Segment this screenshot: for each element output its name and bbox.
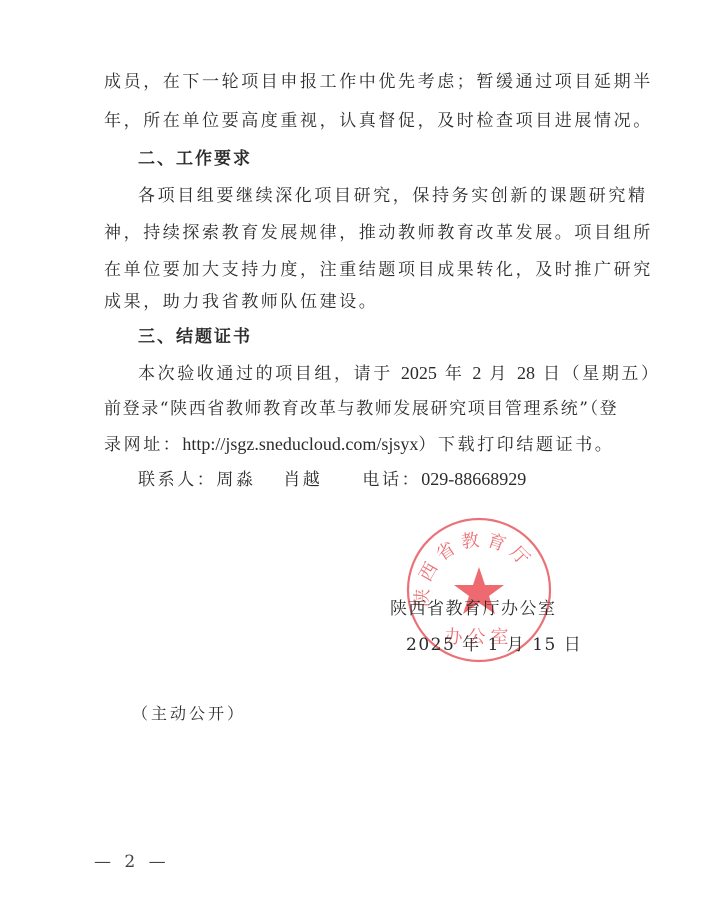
paragraph-3-line-3: 录网址：http://jsgz.sneducloud.com/sjsyx）下载打… (104, 433, 624, 456)
deadline-day: 28 (517, 363, 535, 383)
section-heading-work-requirements: 二、工作要求 (138, 148, 624, 170)
paragraph-2-line-1: 各项目组要继续深化项目研究，保持务实创新的课题研究精 (138, 185, 624, 207)
text: 日（星期五） (535, 364, 661, 384)
text: 月 (481, 364, 517, 384)
paragraph-2-line-4: 成果，助力我省教师队伍建设。 (104, 291, 624, 313)
paragraph-2-line-3: 在单位要加大支持力度，注重结题项目成果转化，及时推广研究 (104, 259, 624, 281)
paragraph-3-line-1: 本次验收通过的项目组，请于 2025 年 2 月 28 日（星期五） (138, 362, 624, 385)
page-number: — 2 — (94, 852, 170, 872)
section-heading-certificate: 三、结题证书 (138, 326, 624, 348)
signature-date: 2025 年 1 月 15 日 (406, 634, 582, 656)
deadline-year: 2025 (401, 363, 437, 383)
paragraph-3-line-2: 前登录“陕西省教师教育改革与教师发展研究项目管理系统”（登 (104, 398, 624, 420)
paragraph-1-line-2: 年，所在单位要高度重视，认真督促，及时检查项目进展情况。 (104, 110, 624, 132)
phone-label: 电话： (362, 470, 421, 490)
text: 本次验收通过的项目组，请于 (138, 364, 401, 384)
paragraph-2-line-2: 神，持续探索教育发展规律，推动教师教育改革发展。项目组所 (104, 222, 624, 244)
disclosure-label: （主动公开） (132, 703, 652, 725)
paragraph-1-line-1: 成员，在下一轮项目申报工作中优先考虑；暂缓通过项目延期半 (104, 71, 624, 93)
text: 录网址： (104, 435, 182, 455)
phone-number: 029-88668929 (421, 469, 526, 489)
text: ）下载打印结题证书。 (418, 435, 614, 455)
contact-persons: 联系人：周淼 肖越 (138, 470, 322, 490)
signature-organization: 陕西省教育厅办公室 (390, 598, 557, 620)
text: 年 (437, 364, 473, 384)
contact-line: 联系人：周淼 肖越电话：029-88668929 (138, 468, 624, 491)
system-url-link[interactable]: http://jsgz.sneducloud.com/sjsyx (182, 434, 418, 454)
